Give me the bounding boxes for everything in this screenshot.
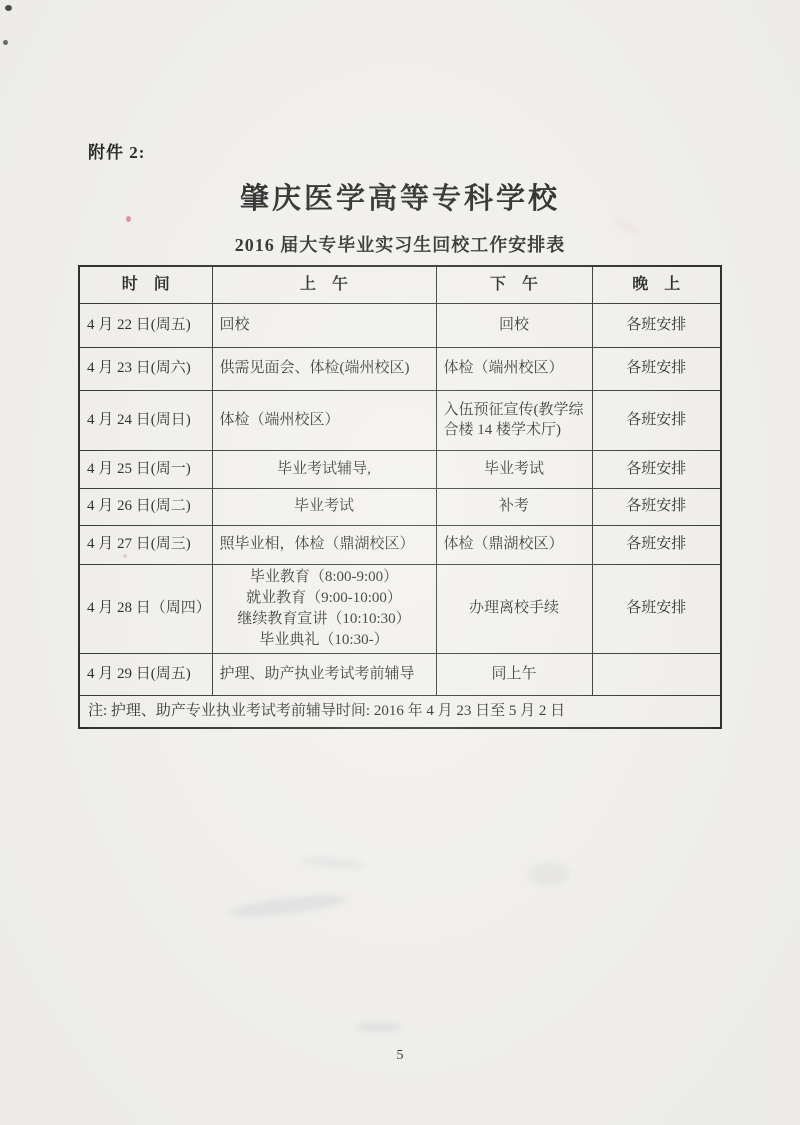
morning-line: 毕业典礼（10:30-） (220, 630, 429, 651)
cell-evening: 各班安排 (592, 347, 721, 390)
attachment-label: 附件 2: (88, 138, 145, 163)
scan-smudge (227, 891, 348, 922)
scan-speck (123, 554, 127, 558)
col-header-morning: 上 午 (212, 266, 436, 303)
morning-line: 毕业教育（8:00-9:00） (220, 567, 429, 588)
table-row-apr28: 4 月 28 日（周四） 毕业教育（8:00-9:00） 就业教育（9:00-1… (79, 564, 721, 653)
table-note: 注: 护理、助产专业执业考试考前辅导时间: 2016 年 4 月 23 日至 5… (79, 695, 721, 728)
cell-evening: 各班安排 (592, 390, 721, 450)
cell-morning: 照毕业相，体检（鼎湖校区） (212, 525, 436, 564)
cell-evening: 各班安排 (592, 525, 721, 564)
cell-morning: 毕业考试辅导, (212, 450, 436, 488)
table-row-apr23: 4 月 23 日(周六) 供需见面会、体检(端州校区) 体检（端州校区） 各班安… (79, 347, 721, 390)
col-header-afternoon: 下 午 (436, 266, 592, 303)
cell-time: 4 月 29 日(周五) (79, 653, 212, 695)
cell-afternoon: 回校 (436, 303, 592, 347)
cell-morning: 毕业教育（8:00-9:00） 就业教育（9:00-10:00） 继续教育宣讲（… (212, 564, 436, 653)
scan-smudge (300, 855, 365, 871)
table-note-row: 注: 护理、助产专业执业考试考前辅导时间: 2016 年 4 月 23 日至 5… (79, 695, 721, 728)
cell-afternoon: 办理离校手续 (436, 564, 592, 653)
cell-morning: 供需见面会、体检(端州校区) (212, 347, 436, 390)
cell-evening: 各班安排 (592, 564, 721, 653)
school-title: 肇庆医学高等专科学校 (0, 176, 800, 217)
col-header-time: 时 间 (79, 266, 212, 303)
cell-evening: 各班安排 (592, 450, 721, 488)
table-row-apr29: 4 月 29 日(周五) 护理、助产执业考试考前辅导 同上午 (79, 653, 721, 695)
cell-afternoon: 体检（鼎湖校区） (436, 525, 592, 564)
table-row-apr22: 4 月 22 日(周五) 回校 回校 各班安排 (79, 303, 721, 347)
table-row-apr25: 4 月 25 日(周一) 毕业考试辅导, 毕业考试 各班安排 (79, 450, 721, 488)
scan-smudge (356, 1022, 402, 1032)
cell-time: 4 月 24 日(周日) (79, 390, 212, 450)
cell-morning: 体检（端州校区） (212, 390, 436, 450)
cell-afternoon: 毕业考试 (436, 450, 592, 488)
cell-evening: 各班安排 (592, 488, 721, 525)
cell-afternoon: 补考 (436, 488, 592, 525)
cell-evening (592, 653, 721, 695)
cell-afternoon: 同上午 (436, 653, 592, 695)
scan-speck (5, 5, 12, 11)
table-row-apr26: 4 月 26 日(周二) 毕业考试 补考 各班安排 (79, 488, 721, 525)
cell-time: 4 月 26 日(周二) (79, 488, 212, 525)
table-header-row: 时 间 上 午 下 午 晚 上 (79, 266, 721, 303)
cell-time: 4 月 23 日(周六) (79, 347, 212, 390)
morning-line: 继续教育宣讲（10:10:30） (220, 609, 429, 630)
scan-speck (126, 216, 131, 222)
cell-time: 4 月 22 日(周五) (79, 303, 212, 347)
cell-time: 4 月 27 日(周三) (79, 525, 212, 564)
cell-afternoon: 体检（端州校区） (436, 347, 592, 390)
cell-morning: 护理、助产执业考试考前辅导 (212, 653, 436, 695)
page-number: 5 (0, 1048, 800, 1064)
table-title: 2016 届大专毕业实习生回校工作安排表 (0, 231, 800, 257)
scanned-document-page: 附件 2: 肇庆医学高等专科学校 2016 届大专毕业实习生回校工作安排表 时 … (0, 0, 800, 1125)
table-row-apr27: 4 月 27 日(周三) 照毕业相，体检（鼎湖校区） 体检（鼎湖校区） 各班安排 (79, 525, 721, 564)
cell-morning: 回校 (212, 303, 436, 347)
morning-line: 就业教育（9:00-10:00） (220, 588, 429, 609)
cell-time: 4 月 25 日(周一) (79, 450, 212, 488)
cell-afternoon: 入伍预征宣传(教学综合楼 14 楼学术厅) (436, 390, 592, 450)
schedule-table: 时 间 上 午 下 午 晚 上 4 月 22 日(周五) 回校 回校 各班安排 … (78, 265, 722, 729)
scan-speck (3, 40, 8, 45)
cell-time: 4 月 28 日（周四） (79, 564, 212, 653)
col-header-evening: 晚 上 (592, 266, 721, 303)
cell-morning: 毕业考试 (212, 488, 436, 525)
table-row-apr24: 4 月 24 日(周日) 体检（端州校区） 入伍预征宣传(教学综合楼 14 楼学… (79, 390, 721, 450)
cell-evening: 各班安排 (592, 303, 721, 347)
scan-smudge (528, 862, 570, 886)
